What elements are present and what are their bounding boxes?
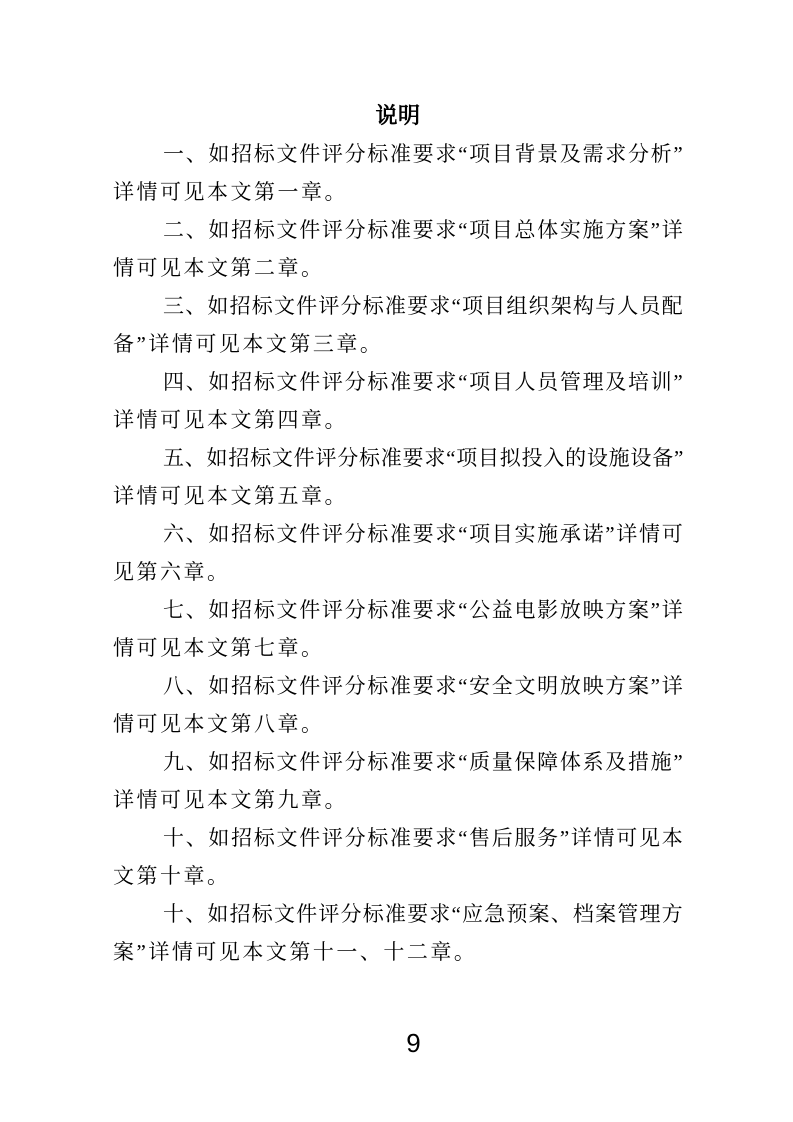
paragraph: 七、如招标文件评分标准要求“公益电影放映方案”详 情可见本文第七章。 bbox=[113, 591, 683, 667]
paragraph: 四、如招标文件评分标准要求“项目人员管理及培训” 详情可见本文第四章。 bbox=[113, 363, 683, 439]
paragraph-line: 备”详情可见本文第三章。 bbox=[113, 325, 683, 363]
page-footer: 9 bbox=[0, 1028, 793, 1058]
paragraph-line: 案”详情可见本文第十一、十二章。 bbox=[113, 933, 683, 971]
document-body: 说明 一、如招标文件评分标准要求“项目背景及需求分析” 详情可见本文第一章。 二… bbox=[113, 97, 683, 971]
paragraph: 一、如招标文件评分标准要求“项目背景及需求分析” 详情可见本文第一章。 bbox=[113, 135, 683, 211]
paragraph-line: 详情可见本文第四章。 bbox=[113, 401, 683, 439]
paragraph: 六、如招标文件评分标准要求“项目实施承诺”详情可 见第六章。 bbox=[113, 515, 683, 591]
paragraph: 二、如招标文件评分标准要求“项目总体实施方案”详 情可见本文第二章。 bbox=[113, 211, 683, 287]
paragraph-line: 六、如招标文件评分标准要求“项目实施承诺”详情可 bbox=[113, 515, 683, 553]
paragraph-line: 情可见本文第八章。 bbox=[113, 705, 683, 743]
paragraph-line: 九、如招标文件评分标准要求“质量保障体系及措施” bbox=[113, 743, 683, 781]
paragraph-line: 详情可见本文第一章。 bbox=[113, 173, 683, 211]
paragraph: 十、如招标文件评分标准要求“售后服务”详情可见本 文第十章。 bbox=[113, 819, 683, 895]
paragraph-line: 二、如招标文件评分标准要求“项目总体实施方案”详 bbox=[113, 211, 683, 249]
paragraph-line: 见第六章。 bbox=[113, 553, 683, 591]
document-title: 说明 bbox=[113, 97, 683, 135]
paragraph-line: 八、如招标文件评分标准要求“安全文明放映方案”详 bbox=[113, 667, 683, 705]
paragraph-line: 七、如招标文件评分标准要求“公益电影放映方案”详 bbox=[113, 591, 683, 629]
paragraph-line: 详情可见本文第九章。 bbox=[113, 781, 683, 819]
paragraph-line: 情可见本文第二章。 bbox=[113, 249, 683, 287]
paragraph: 八、如招标文件评分标准要求“安全文明放映方案”详 情可见本文第八章。 bbox=[113, 667, 683, 743]
paragraph-line: 四、如招标文件评分标准要求“项目人员管理及培训” bbox=[113, 363, 683, 401]
document-page: 说明 一、如招标文件评分标准要求“项目背景及需求分析” 详情可见本文第一章。 二… bbox=[0, 0, 793, 1122]
paragraph-line: 十、如招标文件评分标准要求“应急预案、档案管理方 bbox=[113, 895, 683, 933]
paragraph-line: 五、如招标文件评分标准要求“项目拟投入的设施设备” bbox=[113, 439, 683, 477]
paragraph-line: 文第十章。 bbox=[113, 857, 683, 895]
paragraph-line: 三、如招标文件评分标准要求“项目组织架构与人员配 bbox=[113, 287, 683, 325]
paragraph: 三、如招标文件评分标准要求“项目组织架构与人员配 备”详情可见本文第三章。 bbox=[113, 287, 683, 363]
paragraph-line: 详情可见本文第五章。 bbox=[113, 477, 683, 515]
page-number: 9 bbox=[406, 1028, 420, 1058]
paragraph-line: 十、如招标文件评分标准要求“售后服务”详情可见本 bbox=[113, 819, 683, 857]
paragraph-line: 情可见本文第七章。 bbox=[113, 629, 683, 667]
paragraph-line: 一、如招标文件评分标准要求“项目背景及需求分析” bbox=[113, 135, 683, 173]
paragraph: 五、如招标文件评分标准要求“项目拟投入的设施设备” 详情可见本文第五章。 bbox=[113, 439, 683, 515]
paragraph: 九、如招标文件评分标准要求“质量保障体系及措施” 详情可见本文第九章。 bbox=[113, 743, 683, 819]
paragraph: 十、如招标文件评分标准要求“应急预案、档案管理方 案”详情可见本文第十一、十二章… bbox=[113, 895, 683, 971]
